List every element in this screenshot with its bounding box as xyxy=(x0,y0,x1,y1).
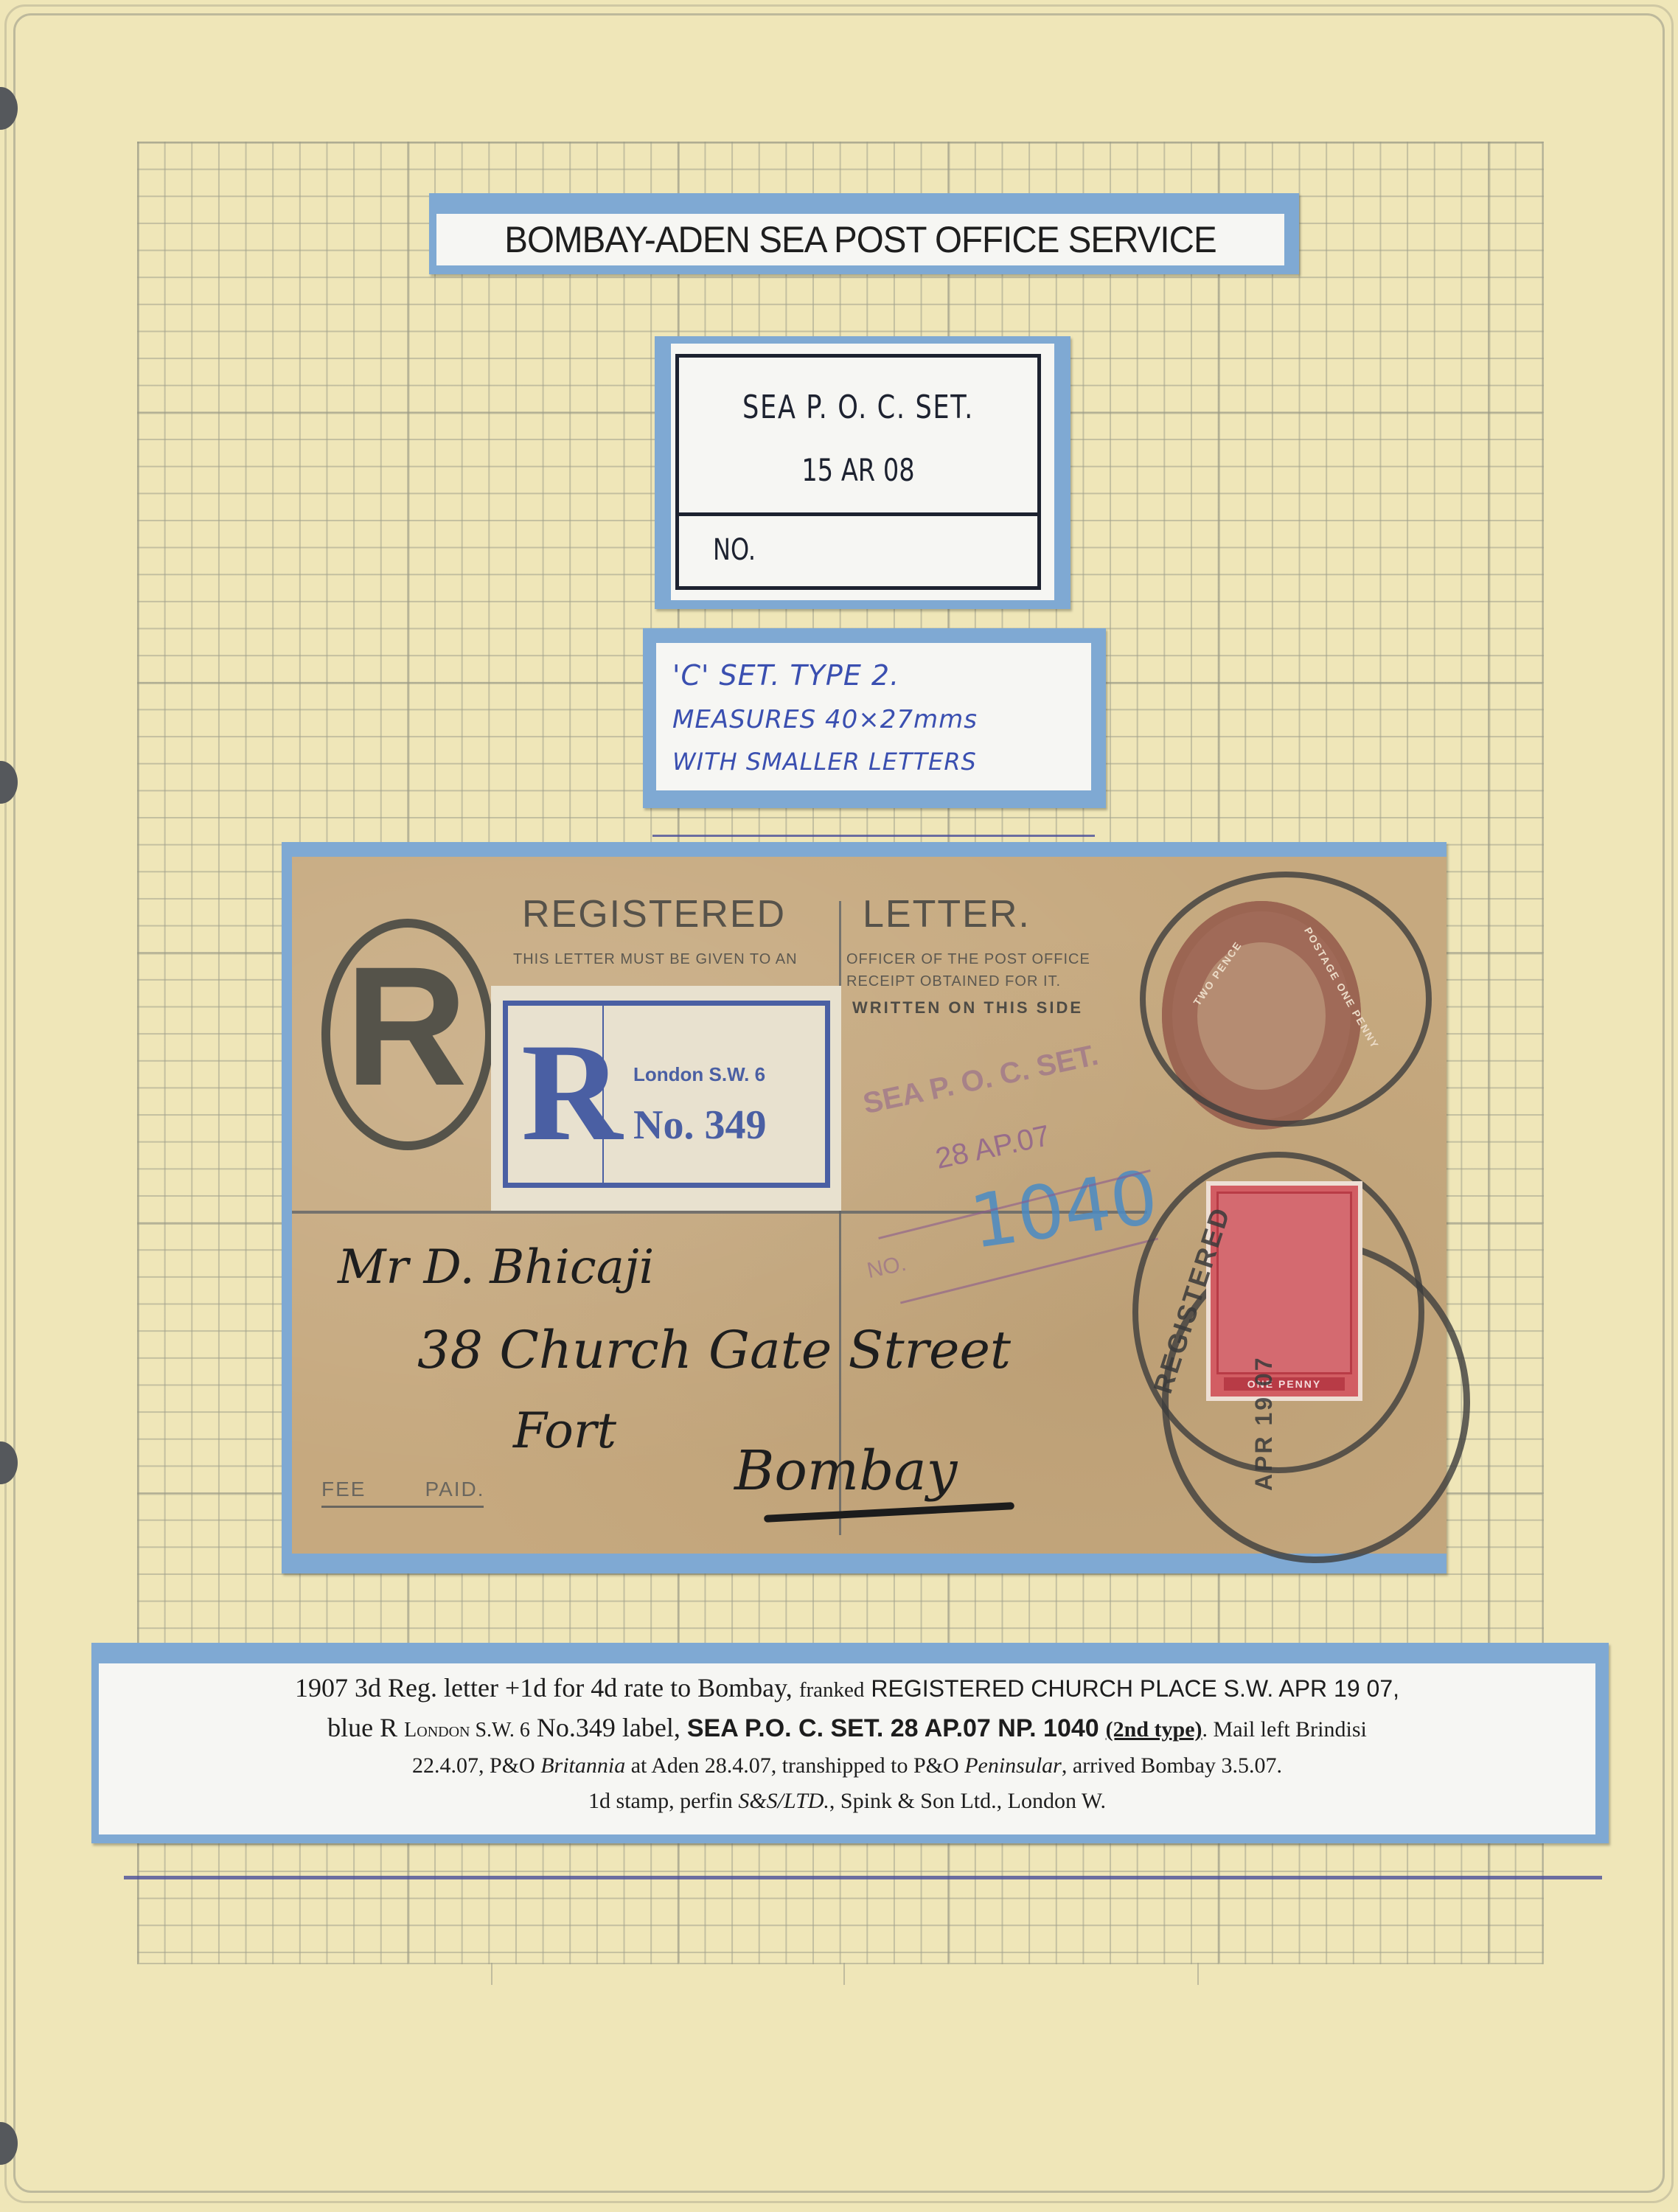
postmark-ring xyxy=(1140,872,1432,1127)
registration-label-frame: R London S.W. 6 No. 349 xyxy=(503,1001,830,1188)
instruction-left: THIS LETTER MUST BE GIVEN TO AN xyxy=(513,951,798,968)
page-title: BOMBAY-ADEN SEA POST OFFICE SERVICE xyxy=(458,214,1264,265)
grid-tick xyxy=(491,1963,492,1985)
fee-label: FEE xyxy=(321,1478,366,1500)
cancel-example-mount: SEA P. O. C. SET. 15 AR 08 NO. xyxy=(655,336,1070,609)
desc-part: . Mail left Brindisi xyxy=(1202,1717,1367,1742)
desc-part: SEA P.O. C. SET. 28 AP.07 NP. 1040 xyxy=(687,1714,1099,1742)
desc-part: S&S/LTD. xyxy=(738,1789,829,1813)
note-line: 'C' SET. TYPE 2. xyxy=(672,659,1084,692)
desc-part: at Aden 28.4.07, transhipped to P&O xyxy=(631,1753,959,1778)
heading-registered: REGISTERED xyxy=(522,892,786,936)
title-card: BOMBAY-ADEN SEA POST OFFICE SERVICE xyxy=(436,214,1284,265)
description-card: 1907 3d Reg. letter +1d for 4d rate to B… xyxy=(99,1663,1595,1834)
heading-letter: LETTER. xyxy=(863,892,1031,936)
desc-part: London S.W. 6 xyxy=(404,1719,530,1742)
instruction-right-3: WRITTEN ON THIS SIDE xyxy=(852,998,1083,1018)
desc-part: Peninsular xyxy=(964,1753,1062,1778)
fee-paid-underline xyxy=(321,1506,484,1508)
address-line1: Mr D. Bhicaji xyxy=(338,1240,654,1295)
description-line2: blue R London S.W. 6 No.349 label, SEA P… xyxy=(99,1712,1595,1743)
adhesive-stamp-value: ONE PENNY xyxy=(1224,1377,1345,1391)
note-line: MEASURES 40×27mms xyxy=(672,705,1084,734)
desc-part: 1d stamp, perfin xyxy=(588,1789,733,1813)
adhesive-stamp-design xyxy=(1216,1192,1352,1374)
registration-label-r: R xyxy=(521,1019,622,1166)
desc-part: No.349 label, xyxy=(537,1713,680,1742)
desc-part: (2nd type) xyxy=(1106,1717,1202,1742)
address-line3: Fort xyxy=(513,1402,616,1459)
description-line1: 1907 3d Reg. letter +1d for 4d rate to B… xyxy=(99,1672,1595,1703)
desc-part: franked xyxy=(799,1678,865,1702)
instruction-right-2: RECEIPT OBTAINED FOR IT. xyxy=(846,973,1061,990)
desc-part: 1907 3d Reg. letter +1d for 4d rate to B… xyxy=(295,1673,793,1703)
desc-part: , Spink & Son Ltd., London W. xyxy=(829,1789,1106,1813)
registration-number: No. 349 xyxy=(633,1102,766,1149)
description-line3: 22.4.07, P&O Britannia at Aden 28.4.07, … xyxy=(99,1753,1595,1778)
note-card: 'C' SET. TYPE 2. MEASURES 40×27mms WITH … xyxy=(656,643,1091,790)
bottom-rule xyxy=(124,1876,1602,1879)
cancel-example-card: SEA P. O. C. SET. 15 AR 08 NO. xyxy=(671,344,1054,600)
cancel-number-label: NO. xyxy=(713,533,756,567)
grid-tick xyxy=(1197,1963,1199,1985)
separator-rule xyxy=(652,835,1095,837)
registration-label: R London S.W. 6 No. 349 xyxy=(491,986,841,1211)
note-mount: 'C' SET. TYPE 2. MEASURES 40×27mms WITH … xyxy=(643,628,1106,808)
desc-part: blue R xyxy=(327,1713,397,1742)
note-line: WITH SMALLER LETTERS xyxy=(672,748,1084,776)
cancel-box: SEA P. O. C. SET. 15 AR 08 NO. xyxy=(675,354,1041,590)
cancel-line1: SEA P. O. C. SET. xyxy=(715,389,1002,426)
registration-office: London S.W. 6 xyxy=(633,1063,765,1086)
cancel-divider xyxy=(679,512,1037,516)
address-line4: Bombay xyxy=(734,1439,957,1503)
paid-label: PAID. xyxy=(425,1478,484,1500)
address-line2: 38 Church Gate Street xyxy=(417,1320,1011,1380)
grid-tick xyxy=(843,1963,845,1985)
registered-r-glyph: R xyxy=(344,938,469,1115)
album-page: BOMBAY-ADEN SEA POST OFFICE SERVICE SEA … xyxy=(0,0,1678,2212)
cancel-date: 15 AR 08 xyxy=(715,452,1002,488)
description-mount: 1907 3d Reg. letter +1d for 4d rate to B… xyxy=(91,1643,1609,1843)
desc-part: Britannia xyxy=(540,1753,625,1778)
postmark-date: APR 19 07 xyxy=(1250,1355,1278,1491)
fee-paid-label: FEEPAID. xyxy=(321,1478,485,1501)
desc-part: REGISTERED CHURCH PLACE S.W. APR 19 07, xyxy=(871,1675,1399,1702)
instruction-right-1: OFFICER OF THE POST OFFICE xyxy=(846,951,1090,968)
title-mount: BOMBAY-ADEN SEA POST OFFICE SERVICE xyxy=(429,193,1299,274)
registered-envelope: R REGISTERED LETTER. THIS LETTER MUST BE… xyxy=(292,857,1447,1554)
description-line4: 1d stamp, perfin S&S/LTD., Spink & Son L… xyxy=(99,1789,1595,1814)
desc-part: , arrived Bombay 3.5.07. xyxy=(1062,1753,1282,1778)
desc-part: 22.4.07, P&O xyxy=(412,1753,535,1778)
